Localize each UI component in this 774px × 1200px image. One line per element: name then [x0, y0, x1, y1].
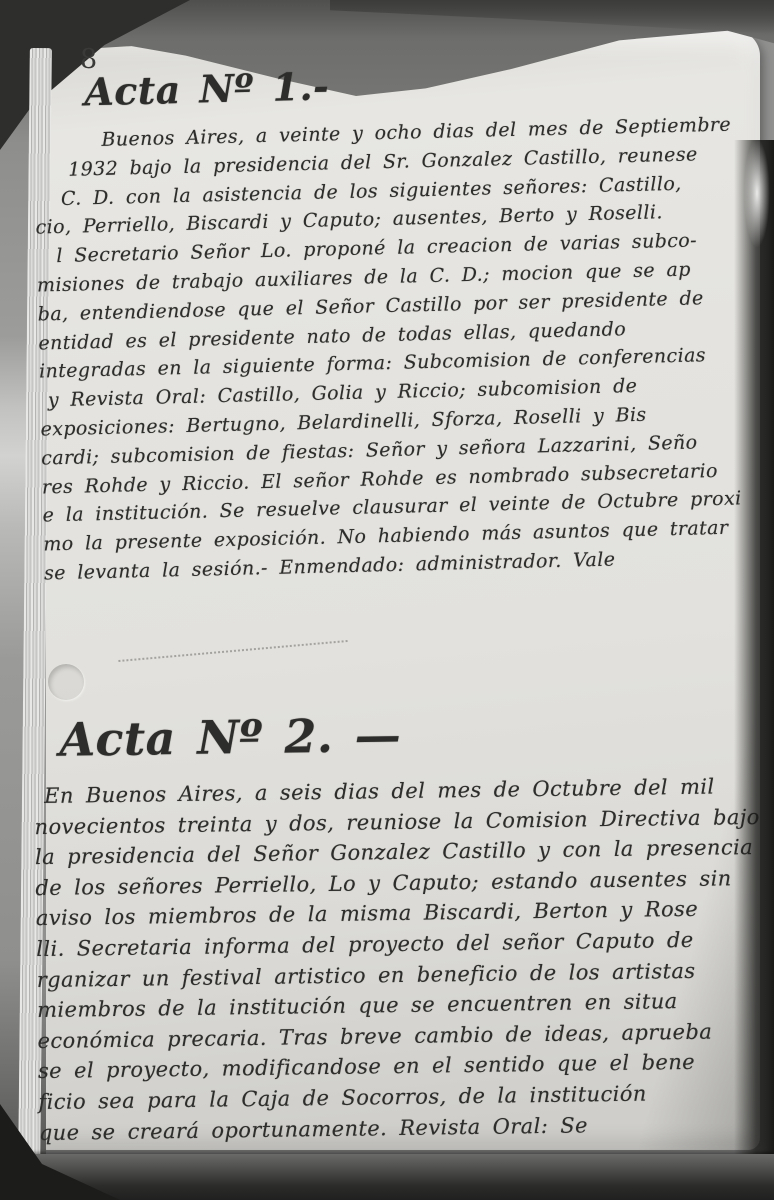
acta-2-title: Acta Nº 2. —	[33, 703, 759, 767]
acta-1-section: Acta Nº 1.- Buenos Aires, a veinte y och…	[32, 54, 744, 589]
photo-background: 8 Acta Nº 1.- Buenos Aires, a veinte y o…	[0, 0, 774, 1200]
acta-2-section: Acta Nº 2. — En Buenos Aires, a seis dia…	[33, 703, 764, 1148]
page-curl-shadow	[734, 140, 774, 1180]
backdrop-bottom	[0, 1154, 774, 1200]
punch-hole-mark	[48, 664, 84, 700]
page-curl-highlight	[744, 138, 770, 248]
